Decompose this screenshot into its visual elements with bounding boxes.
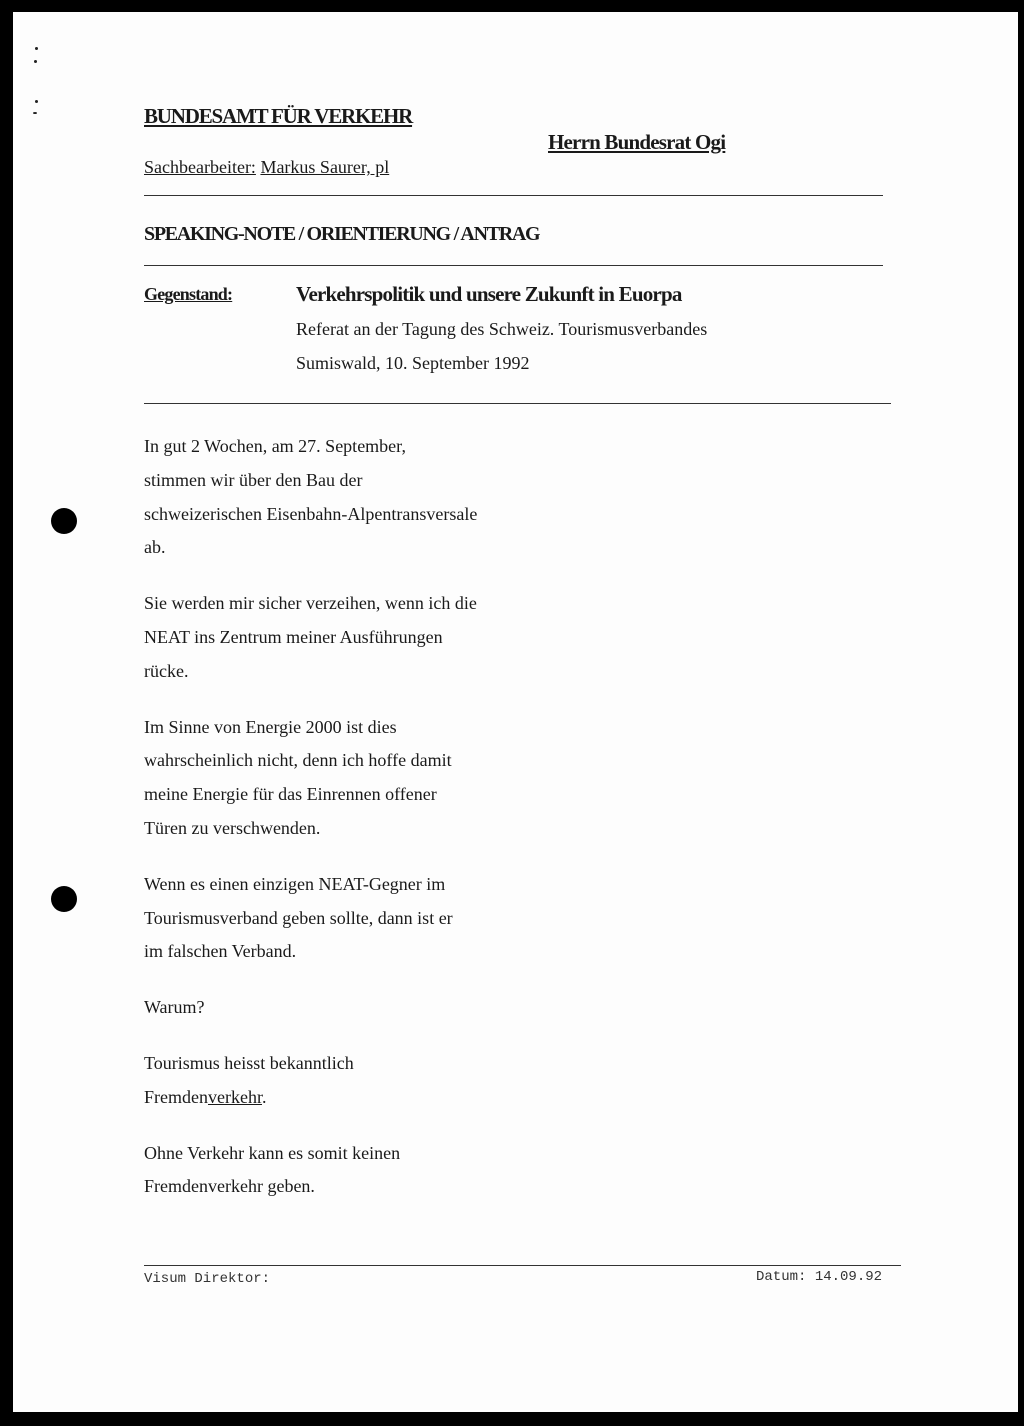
scan-speck [33,112,37,114]
emphasis-line: Fremdenverkehr. [144,1081,564,1115]
paragraph: Wenn es einen einzigen NEAT-Gegner imTou… [144,868,564,969]
text-line: ab. [144,531,564,565]
clerk-label: Sachbearbeiter: [144,157,256,177]
scan-speck [34,60,37,63]
paragraph: Warum? [144,991,564,1025]
date-field: Datum: 14.09.92 [756,1269,882,1285]
punch-hole-icon [51,886,77,912]
divider [144,195,883,196]
recipient: Herrn Bundesrat Ogi [548,130,725,155]
text-line: rücke. [144,655,564,689]
text-line: Im Sinne von Energie 2000 ist dies [144,711,564,745]
text-line: im falschen Verband. [144,935,564,969]
date-label: Datum: [756,1269,806,1285]
subject-label: Gegenstand: [144,284,232,305]
text-line: Tourismusverband geben sollte, dann ist … [144,902,564,936]
subject-place-date: Sumiswald, 10. September 1992 [296,353,529,374]
paragraph: Tourismus heisst bekanntlichFremdenverke… [144,1047,564,1115]
text-line: wahrscheinlich nicht, denn ich hoffe dam… [144,744,564,778]
text-line: Wenn es einen einzigen NEAT-Gegner im [144,868,564,902]
scan-speck [35,100,38,103]
clerk-line: Sachbearbeiter: Markus Saurer, pl [144,157,389,178]
footer-divider [144,1265,901,1266]
text-line: schweizerischen Eisenbahn-Alpentransvers… [144,498,564,532]
speech-body: In gut 2 Wochen, am 27. September,stimme… [144,430,564,1226]
visa-director-label: Visum Direktor: [144,1271,270,1287]
text-line: Türen zu verschwenden. [144,812,564,846]
organization-name: BUNDESAMT FÜR VERKEHR [144,104,412,129]
paragraph: Sie werden mir sicher verzeihen, wenn ic… [144,587,564,688]
text-line: Ohne Verkehr kann es somit keinen [144,1137,564,1171]
text-line: Tourismus heisst bekanntlich [144,1047,564,1081]
clerk-name: Markus Saurer, pl [260,157,389,177]
text-line: NEAT ins Zentrum meiner Ausführungen [144,621,564,655]
document-page: BUNDESAMT FÜR VERKEHR Herrn Bundesrat Og… [13,12,1018,1412]
emphasis-underlined: verkehr [208,1087,262,1107]
divider [144,265,883,266]
text-line: stimmen wir über den Bau der [144,464,564,498]
date-value: 14.09.92 [815,1269,882,1285]
text-line: meine Energie für das Einrennen offener [144,778,564,812]
text-line: Sie werden mir sicher verzeihen, wenn ic… [144,587,564,621]
subject-event: Referat an der Tagung des Schweiz. Touri… [296,319,707,340]
emphasis-suffix: . [262,1087,267,1107]
paragraph: Im Sinne von Energie 2000 ist dieswahrsc… [144,711,564,846]
scan-speck [35,47,38,50]
text-line: In gut 2 Wochen, am 27. September, [144,430,564,464]
subject-title: Verkehrspolitik und unsere Zukunft in Eu… [296,282,682,307]
paragraph: In gut 2 Wochen, am 27. September,stimme… [144,430,564,565]
text-line: Fremdenverkehr geben. [144,1170,564,1204]
document-type: SPEAKING-NOTE / ORIENTIERUNG / ANTRAG [144,223,539,246]
paragraph: Ohne Verkehr kann es somit keinenFremden… [144,1137,564,1205]
punch-hole-icon [51,508,77,534]
text-line: Warum? [144,991,564,1025]
divider [144,403,891,404]
emphasis-prefix: Fremden [144,1087,208,1107]
